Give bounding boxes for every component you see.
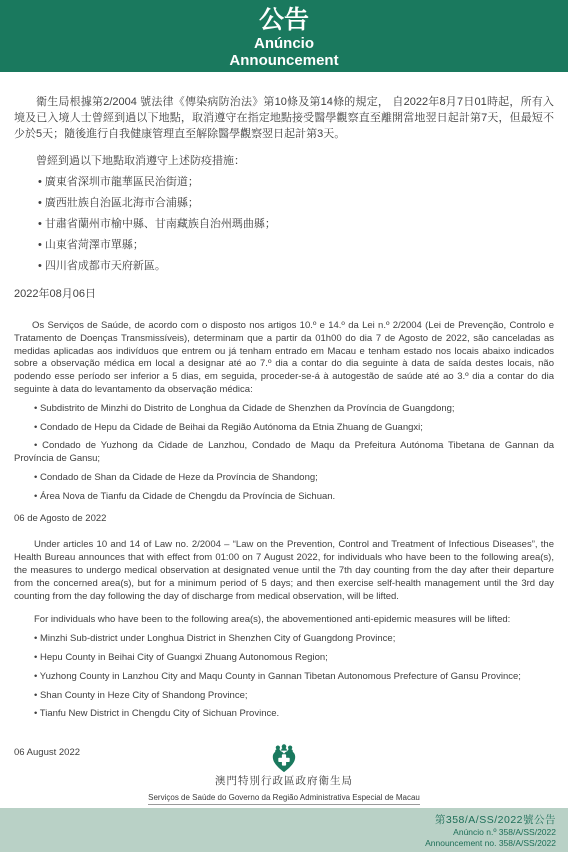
bullet-icon: •: [34, 633, 37, 644]
list-item: • Shan County in Heze City of Shandong P…: [14, 690, 554, 703]
health-bureau-logo-icon: [270, 744, 298, 774]
bullet-icon: •: [38, 260, 42, 272]
list-item-text: Condado de Yuzhong da Cidade de Lanzhou,…: [14, 440, 554, 464]
bullet-icon: •: [34, 472, 37, 483]
list-item-text: Tianfu New District in Chengdu City of S…: [40, 708, 279, 719]
title-en: Announcement: [0, 52, 568, 69]
date-pt: 06 de Agosto de 2022: [14, 513, 554, 526]
bullet-icon: •: [38, 239, 42, 251]
list-item-text: 廣東省深圳市龍華區民治街道；: [45, 176, 199, 188]
title-zh: 公告: [0, 5, 568, 35]
list-item: • Yuzhong County in Lanzhou City and Maq…: [14, 671, 554, 684]
list-item-text: 甘肅省蘭州市榆中縣、甘南藏族自治州瑪曲縣；: [45, 218, 276, 230]
reference-number-zh: 第358/A/SS/2022號公告: [0, 814, 556, 827]
list-item: • 廣西壯族自治區北海市合浦縣；: [14, 196, 554, 211]
bullet-icon: •: [38, 176, 42, 188]
reference-band: 第358/A/SS/2022號公告 Anúncio n.º 358/A/SS/2…: [0, 808, 568, 852]
list-item: • 廣東省深圳市龍華區民治街道；: [14, 175, 554, 190]
announcement-header: 公告 Anúncio Announcement: [0, 0, 568, 72]
paragraph-zh: 衛生局根據第2/2004 號法律《傳染病防治法》第10條及第14條的規定， 自2…: [14, 94, 554, 142]
list-intro-zh: 曾經到過以下地點取消遵守上述防疫措施：: [14, 153, 554, 169]
list-item: • Subdistrito de Minzhi do Distrito de L…: [14, 403, 554, 416]
bullet-icon: •: [38, 197, 42, 209]
bullet-icon: •: [34, 440, 37, 451]
title-pt: Anúncio: [0, 35, 568, 52]
date-zh: 2022年08月06日: [14, 285, 554, 301]
list-item: • Condado de Shan da Cidade de Heze da P…: [14, 472, 554, 485]
footer: 澳門特別行政區政府衛生局 Serviços de Saúde do Govern…: [0, 744, 568, 805]
list-item: • Tianfu New District in Chengdu City of…: [14, 708, 554, 721]
list-item: • Hepu County in Beihai City of Guangxi …: [14, 652, 554, 665]
list-item-text: Área Nova de Tianfu da Cidade de Chengdu…: [40, 491, 335, 502]
bullet-icon: •: [34, 422, 37, 433]
list-item-text: Minzhi Sub-district under Longhua Distri…: [40, 633, 395, 644]
list-item: • 甘肅省蘭州市榆中縣、甘南藏族自治州瑪曲縣；: [14, 217, 554, 232]
org-name-zh: 澳門特別行政區政府衛生局: [0, 775, 568, 787]
list-item: • Condado de Yuzhong da Cidade de Lanzho…: [14, 440, 554, 466]
list-item-text: Yuzhong County in Lanzhou City and Maqu …: [40, 671, 521, 682]
list-item-text: 廣西壯族自治區北海市合浦縣；: [45, 197, 199, 209]
bullet-icon: •: [34, 690, 37, 701]
list-item: • 山東省菏澤市單縣；: [14, 238, 554, 253]
reference-number-en: Announcement no. 358/A/SS/2022: [0, 838, 556, 849]
list-item-text: Subdistrito de Minzhi do Distrito de Lon…: [40, 403, 455, 414]
paragraph-en: Under articles 10 and 14 of Law no. 2/20…: [14, 539, 554, 603]
list-item-text: Condado de Shan da Cidade de Heze da Pro…: [40, 472, 318, 483]
list-item: • Condado de Hepu da Cidade de Beihai da…: [14, 422, 554, 435]
list-item-text: 山東省菏澤市單縣；: [45, 239, 144, 251]
list-item: • 四川省成都市天府新區。: [14, 259, 554, 274]
list-item-text: Hepu County in Beihai City of Guangxi Zh…: [40, 652, 328, 663]
bullet-icon: •: [34, 403, 37, 414]
paragraph-pt: Os Serviços de Saúde, de acordo com o di…: [14, 320, 554, 397]
bullet-icon: •: [38, 218, 42, 230]
area-list-en: • Minzhi Sub-district under Longhua Dist…: [14, 633, 554, 721]
announcement-body: 衛生局根據第2/2004 號法律《傳染病防治法》第10條及第14條的規定， 自2…: [0, 94, 568, 760]
area-list-zh: • 廣東省深圳市龍華區民治街道；• 廣西壯族自治區北海市合浦縣；• 甘肅省蘭州市…: [14, 175, 554, 274]
bullet-icon: •: [34, 491, 37, 502]
area-list-pt: • Subdistrito de Minzhi do Distrito de L…: [14, 403, 554, 504]
list-item-text: Shan County in Heze City of Shandong Pro…: [40, 690, 248, 701]
bullet-icon: •: [34, 671, 37, 682]
bullet-icon: •: [34, 708, 37, 719]
list-item-text: 四川省成都市天府新區。: [45, 260, 166, 272]
list-item: • Minzhi Sub-district under Longhua Dist…: [14, 633, 554, 646]
bullet-icon: •: [34, 652, 37, 663]
org-name-pt: Serviços de Saúde do Governo da Região A…: [148, 793, 420, 805]
reference-number-pt: Anúncio n.º 358/A/SS/2022: [0, 827, 556, 838]
list-item-text: Condado de Hepu da Cidade de Beihai da R…: [40, 422, 423, 433]
list-intro-en: For individuals who have been to the fol…: [14, 614, 554, 627]
list-item: • Área Nova de Tianfu da Cidade de Cheng…: [14, 491, 554, 504]
